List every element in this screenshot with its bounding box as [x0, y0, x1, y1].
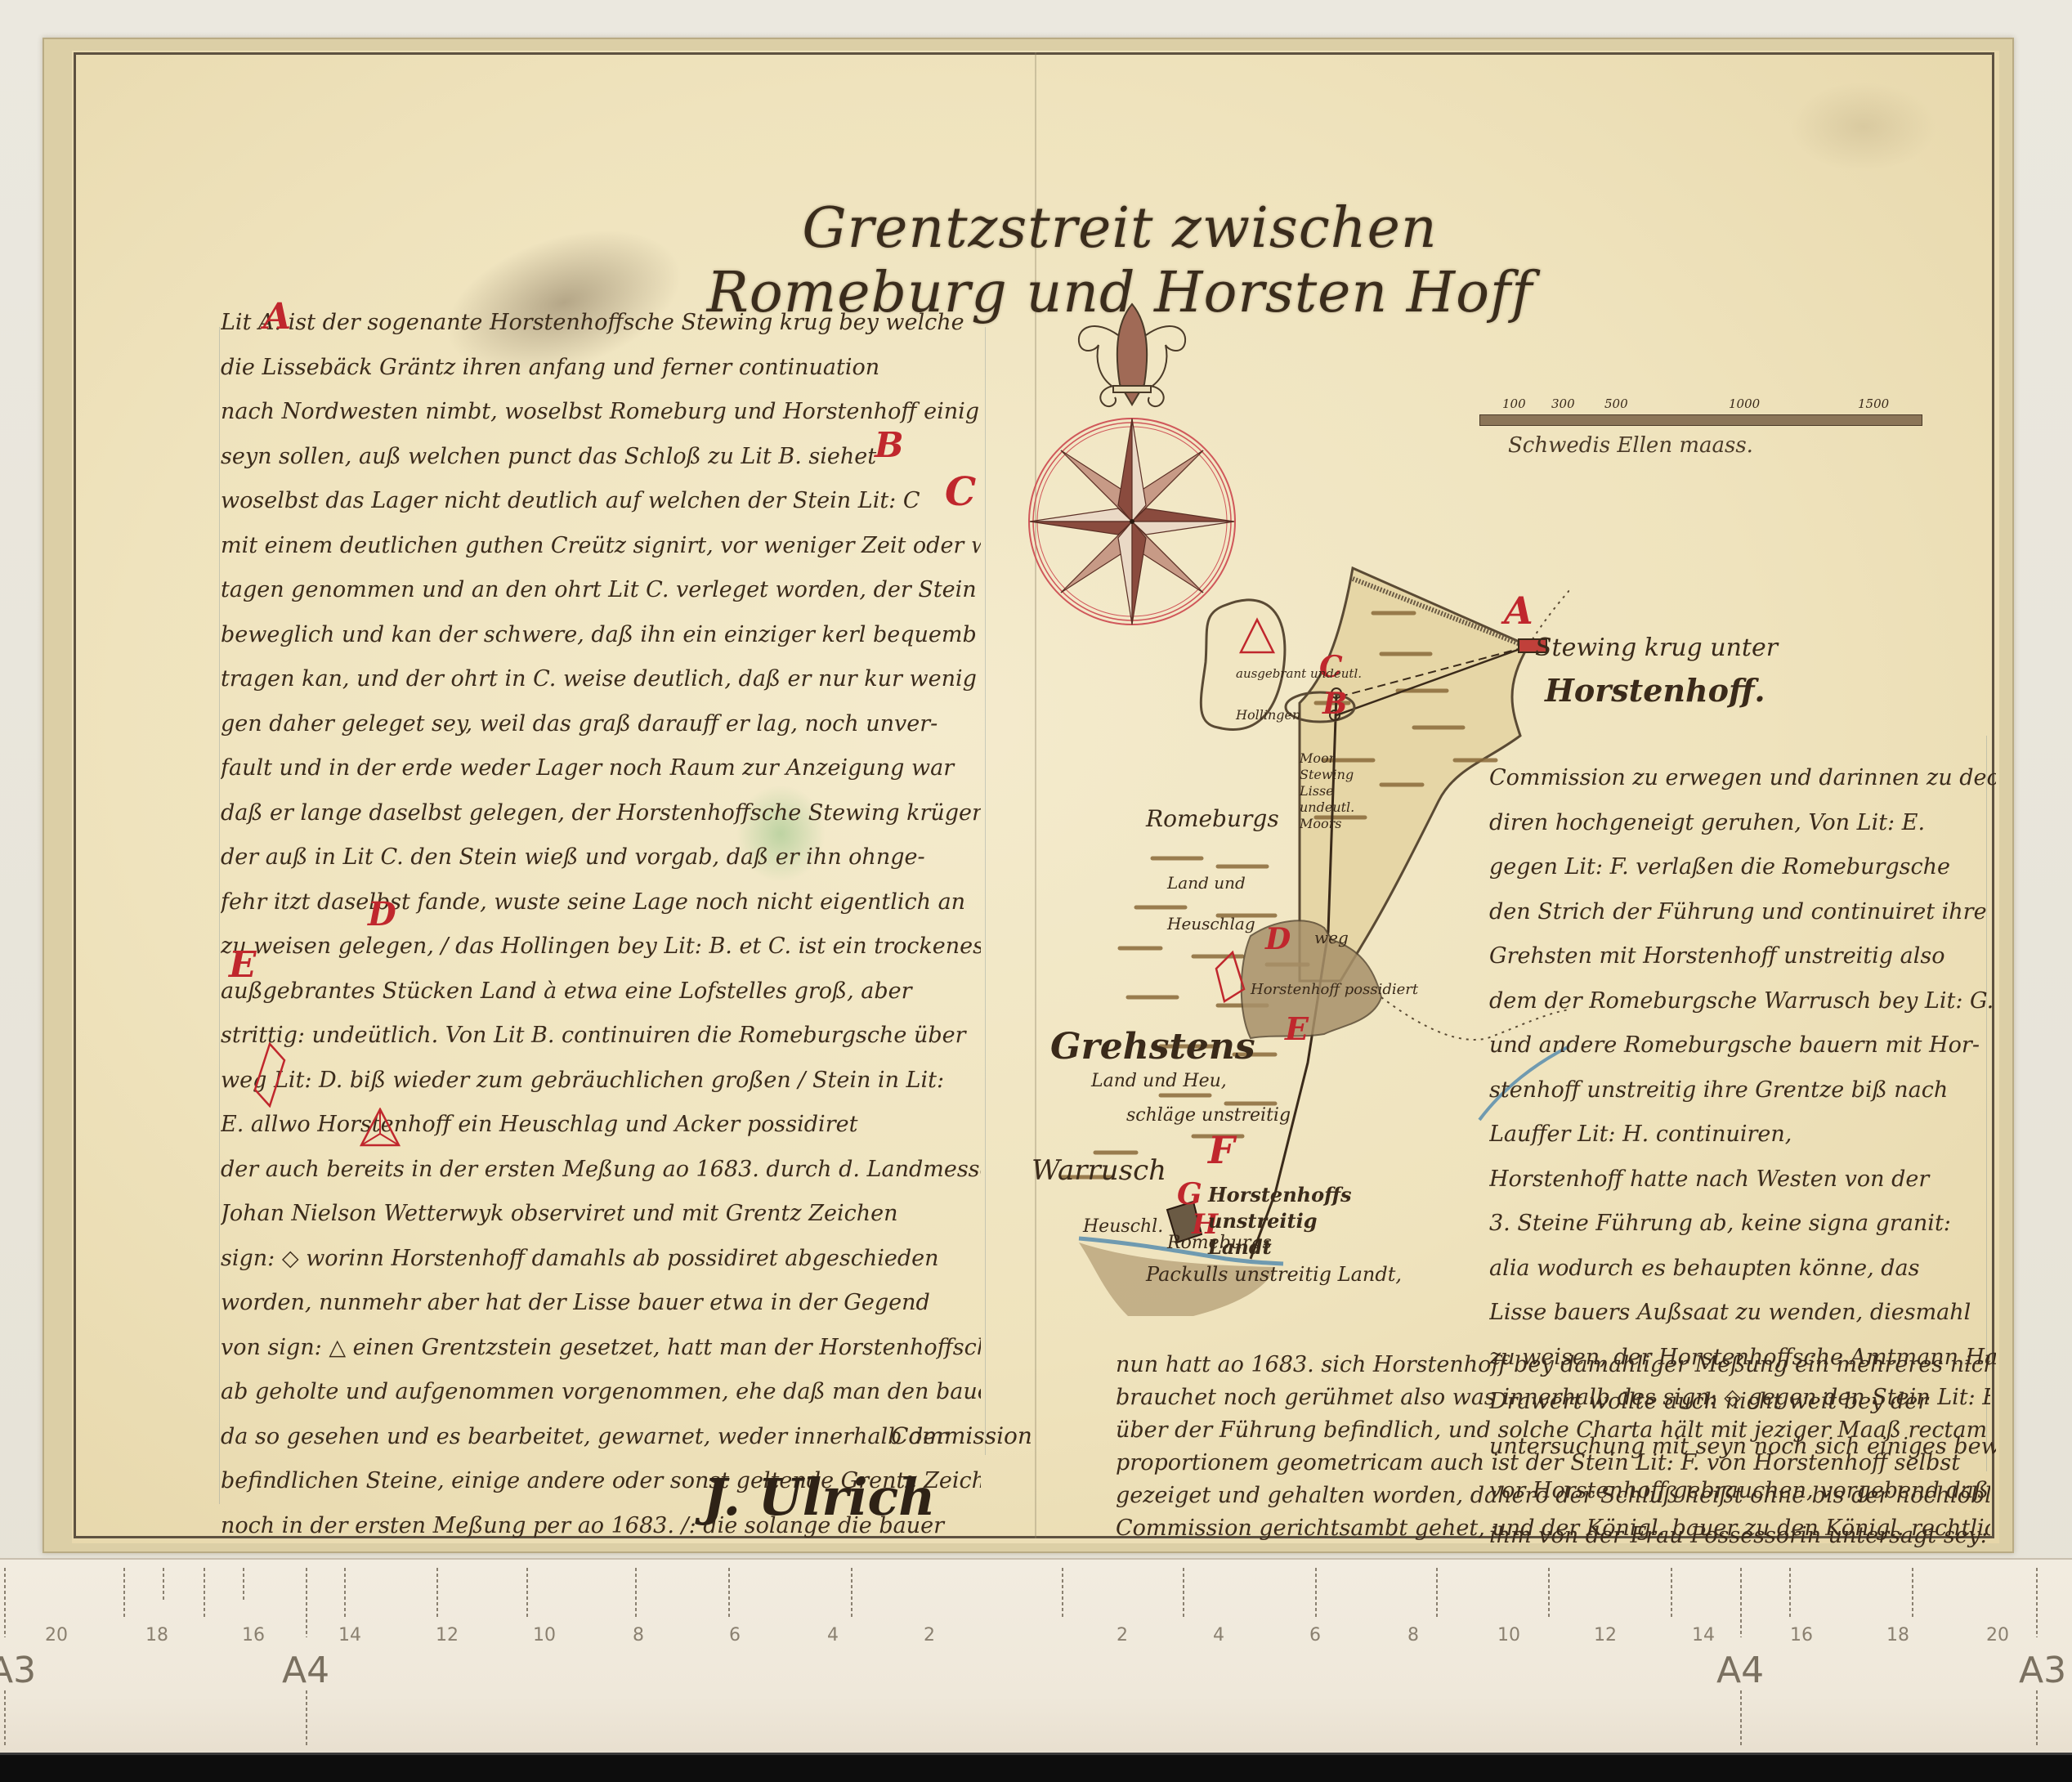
text-line: gen daher geleget sey, weil das graß dar… [221, 702, 981, 747]
text-line: dem der Romeburgsche Warrusch bey Lit: G… [1489, 979, 1996, 1024]
ruler-number: 10 [1497, 1625, 1520, 1645]
ruler-number: 6 [1309, 1625, 1321, 1645]
label-grehstens: Grehstens [1050, 1026, 1255, 1068]
label-moorland: Moor Stewing Lisse undeutl. Moors [1300, 750, 1390, 832]
text-line: nun hatt ao 1683. sich Horstenhoff bey d… [1116, 1349, 1990, 1381]
label-ausgebrant: ausgebrant undeutl. [1236, 666, 1362, 681]
text-line: mit einem deutlichen guthen Creütz signi… [221, 524, 981, 569]
text-line: E. allwo Horstenhoff ein Heuschlag und A… [221, 1103, 981, 1148]
text-line: weg Lit: D. biß wieder zum gebräuchliche… [221, 1059, 981, 1104]
text-line: den Strich der Führung und continuiret i… [1489, 890, 1996, 935]
text-line: seyn sollen, auß welchen punct das Schlo… [221, 435, 981, 480]
ruler-number: 12 [436, 1625, 459, 1645]
scanner-ruler: 20 18 16 14 12 10 8 6 4 2 2 4 6 8 10 12 … [0, 1558, 2072, 1754]
map-letter-d: D [1265, 922, 1291, 956]
label-stewing-krug: Stewing krug unter [1535, 634, 1778, 662]
map-letter-a: A [1504, 589, 1533, 633]
text-line: der auß in Lit C. den Stein wieß und vor… [221, 835, 981, 880]
ruler-number: 20 [45, 1625, 68, 1645]
text-line: woselbst das Lager nicht deutlich auf we… [221, 479, 981, 524]
text-line: zu weisen gelegen, / das Hollingen bey L… [221, 925, 981, 969]
label-hoff-possidiert: Horstenhoff possidiert [1251, 981, 1418, 998]
text-line: die Lissebäck Gräntz ihren anfang und fe… [221, 346, 981, 391]
text-line: Johan Nielson Wetterwyk observiret und m… [221, 1192, 981, 1237]
map-letter-g: G [1177, 1177, 1202, 1211]
text-line: Commission gerichtsambt gehet, und der K… [1116, 1512, 1990, 1545]
text-line: Lit A. ist der sogenante Horstenhoffsche… [221, 301, 981, 346]
left-margin-rule [219, 327, 220, 1504]
fleur-de-lis-north-icon [1079, 304, 1185, 406]
text-line: sign: ◇ worinn Horstenhoff damahls ab po… [221, 1237, 981, 1282]
text-line: und andere Romeburgsche bauern mit Hor- [1489, 1023, 1996, 1068]
text-line: worden, nunmehr aber hat der Lisse bauer… [221, 1281, 981, 1326]
left-col-right-rule [985, 327, 986, 1455]
label-heuschlag: Heuschl. [1083, 1216, 1163, 1237]
ruler-number: 6 [729, 1625, 741, 1645]
text-line: Lauffer Lit: H. continuiren, [1489, 1113, 1996, 1157]
label-hollingen: Hollingen [1236, 707, 1300, 723]
triangle-boundary-sign-icon [360, 1108, 401, 1148]
label-land-und-heu: Land und Heu, [1091, 1071, 1227, 1091]
ruler-number: 18 [1886, 1625, 1909, 1645]
ruler-number: 20 [1986, 1625, 2009, 1645]
red-letter-d: D [368, 895, 396, 934]
ruler-number: 4 [1213, 1625, 1224, 1645]
ruler-number: 14 [1692, 1625, 1715, 1645]
text-line: stenhoff unstreitig ihre Grentze biß nac… [1489, 1068, 1996, 1113]
label-romeburgs: Romeburgs [1146, 805, 1279, 832]
scale-label: 300 [1551, 396, 1575, 411]
ruler-number: 8 [633, 1625, 644, 1645]
label-horstenhoff: Horstenhoff. [1545, 672, 1765, 709]
text-line: Horstenhoff hatte nach Westen von der [1489, 1157, 1996, 1202]
ruler-number: 14 [338, 1625, 361, 1645]
red-letter-c: C [945, 469, 976, 515]
scale-label: 1000 [1729, 396, 1760, 411]
ruler-number: 2 [924, 1625, 935, 1645]
ruler-number: 16 [242, 1625, 265, 1645]
text-line: strittig: undeütlich. Von Lit B. continu… [221, 1014, 981, 1059]
scale-caption: Schwedis Ellen maass. [1508, 433, 1753, 458]
text-line: ab geholte und aufgenommen vorgenommen, … [221, 1370, 981, 1415]
ruler-number: 2 [1117, 1625, 1128, 1645]
text-line: brauchet noch gerühmet also was innerhal… [1116, 1381, 1990, 1414]
label-land-und-heuschlag: Land und Heuschlag [1167, 862, 1257, 944]
text-line: da so gesehen und es bearbeitet, gewarne… [221, 1415, 981, 1460]
ruler-number: 10 [533, 1625, 556, 1645]
text-line: alia wodurch es behaupten könne, das [1489, 1247, 1996, 1292]
scanner-bed-edge [0, 1753, 2072, 1782]
ruler-number: 16 [1790, 1625, 1813, 1645]
bottom-text-block: nun hatt ao 1683. sich Horstenhoff bey d… [1116, 1349, 1990, 1545]
red-letter-b: B [875, 425, 904, 465]
diamond-sign-on-map-icon [1216, 952, 1244, 1001]
label-weg: weg [1314, 928, 1349, 947]
signature-caption: Commission [891, 1422, 1032, 1449]
label-schlag-unstreitig: schläge unstreitig [1126, 1105, 1291, 1126]
label-romeburgs-south: Romeburgs [1167, 1233, 1272, 1253]
ruler-number: 8 [1407, 1625, 1419, 1645]
diamond-boundary-sign-icon [253, 1042, 286, 1108]
text-line: Lisse bauers Außsaat zu wenden, diesmahl [1489, 1291, 1996, 1336]
map-letter-f: F [1208, 1128, 1235, 1172]
text-line: daß er lange daselbst gelegen, der Horst… [221, 791, 981, 836]
left-text-column: Lit A. ist der sogenante Horstenhoffsche… [221, 301, 981, 1771]
ruler-format-a3-left: A3 [0, 1650, 36, 1691]
text-line: gezeiget und gehalten worden, dahero der… [1116, 1480, 1990, 1512]
ruler-format-a4-right: A4 [1716, 1650, 1764, 1691]
scale-label: 500 [1604, 396, 1628, 411]
text-line: tragen kan, und der ohrt in C. weise deu… [221, 657, 981, 702]
ruler-number: 18 [145, 1625, 168, 1645]
red-letter-e: E [229, 944, 257, 986]
text-line: fault und in der erde weder Lager noch R… [221, 746, 981, 791]
scale-bar: 100 300 500 1000 1500 Schwedis Ellen maa… [1479, 396, 1921, 470]
text-line: diren hochgeneigt geruhen, Von Lit: E. [1489, 801, 1996, 846]
red-letter-a: A [263, 296, 291, 338]
text-line: proportionem geometricam auch ist der St… [1116, 1447, 1990, 1480]
text-line: Commission zu erwegen und darinnen zu de… [1489, 756, 1996, 801]
text-line: der auch bereits in der ersten Meßung ao… [221, 1148, 981, 1193]
map-letter-e: E [1285, 1010, 1309, 1047]
signature: J. Ulrich [703, 1467, 935, 1527]
scale-bar-graphic [1479, 414, 1922, 426]
map-letter-b: B [1322, 687, 1347, 721]
text-line: nach Nordwesten nimbt, woselbst Romeburg… [221, 390, 981, 435]
scale-label: 100 [1502, 396, 1526, 411]
text-line: beweglich und kan der schwere, daß ihn e… [221, 613, 981, 658]
label-warrusch: Warrusch [1032, 1154, 1166, 1187]
text-line: Grehsten mit Horstenhoff unstreitig also [1489, 934, 1996, 979]
text-line: gegen Lit: F. verlaßen die Romeburgsche [1489, 845, 1996, 890]
text-line: fehr itzt daselbst fande, wuste seine La… [221, 880, 981, 925]
scale-label: 1500 [1858, 396, 1889, 411]
text-line: über der Führung befindlich, und solche … [1116, 1414, 1990, 1447]
text-line: außgebrantes Stücken Land à etwa eine Lo… [221, 969, 981, 1014]
ruler-format-a4-left: A4 [282, 1650, 329, 1691]
label-packulls-unstreitig: Packulls unstreitig Landt, [1146, 1263, 1402, 1286]
text-line: tagen genommen und an den ohrt Lit C. ve… [221, 568, 981, 613]
ruler-format-a3-right: A3 [2019, 1650, 2066, 1691]
ruler-number: 12 [1594, 1625, 1617, 1645]
text-line: von sign: △ einen Grentzstein gesetzet, … [221, 1326, 981, 1371]
text-line: 3. Steine Führung ab, keine signa granit… [1489, 1202, 1996, 1247]
ruler-number: 4 [827, 1625, 839, 1645]
